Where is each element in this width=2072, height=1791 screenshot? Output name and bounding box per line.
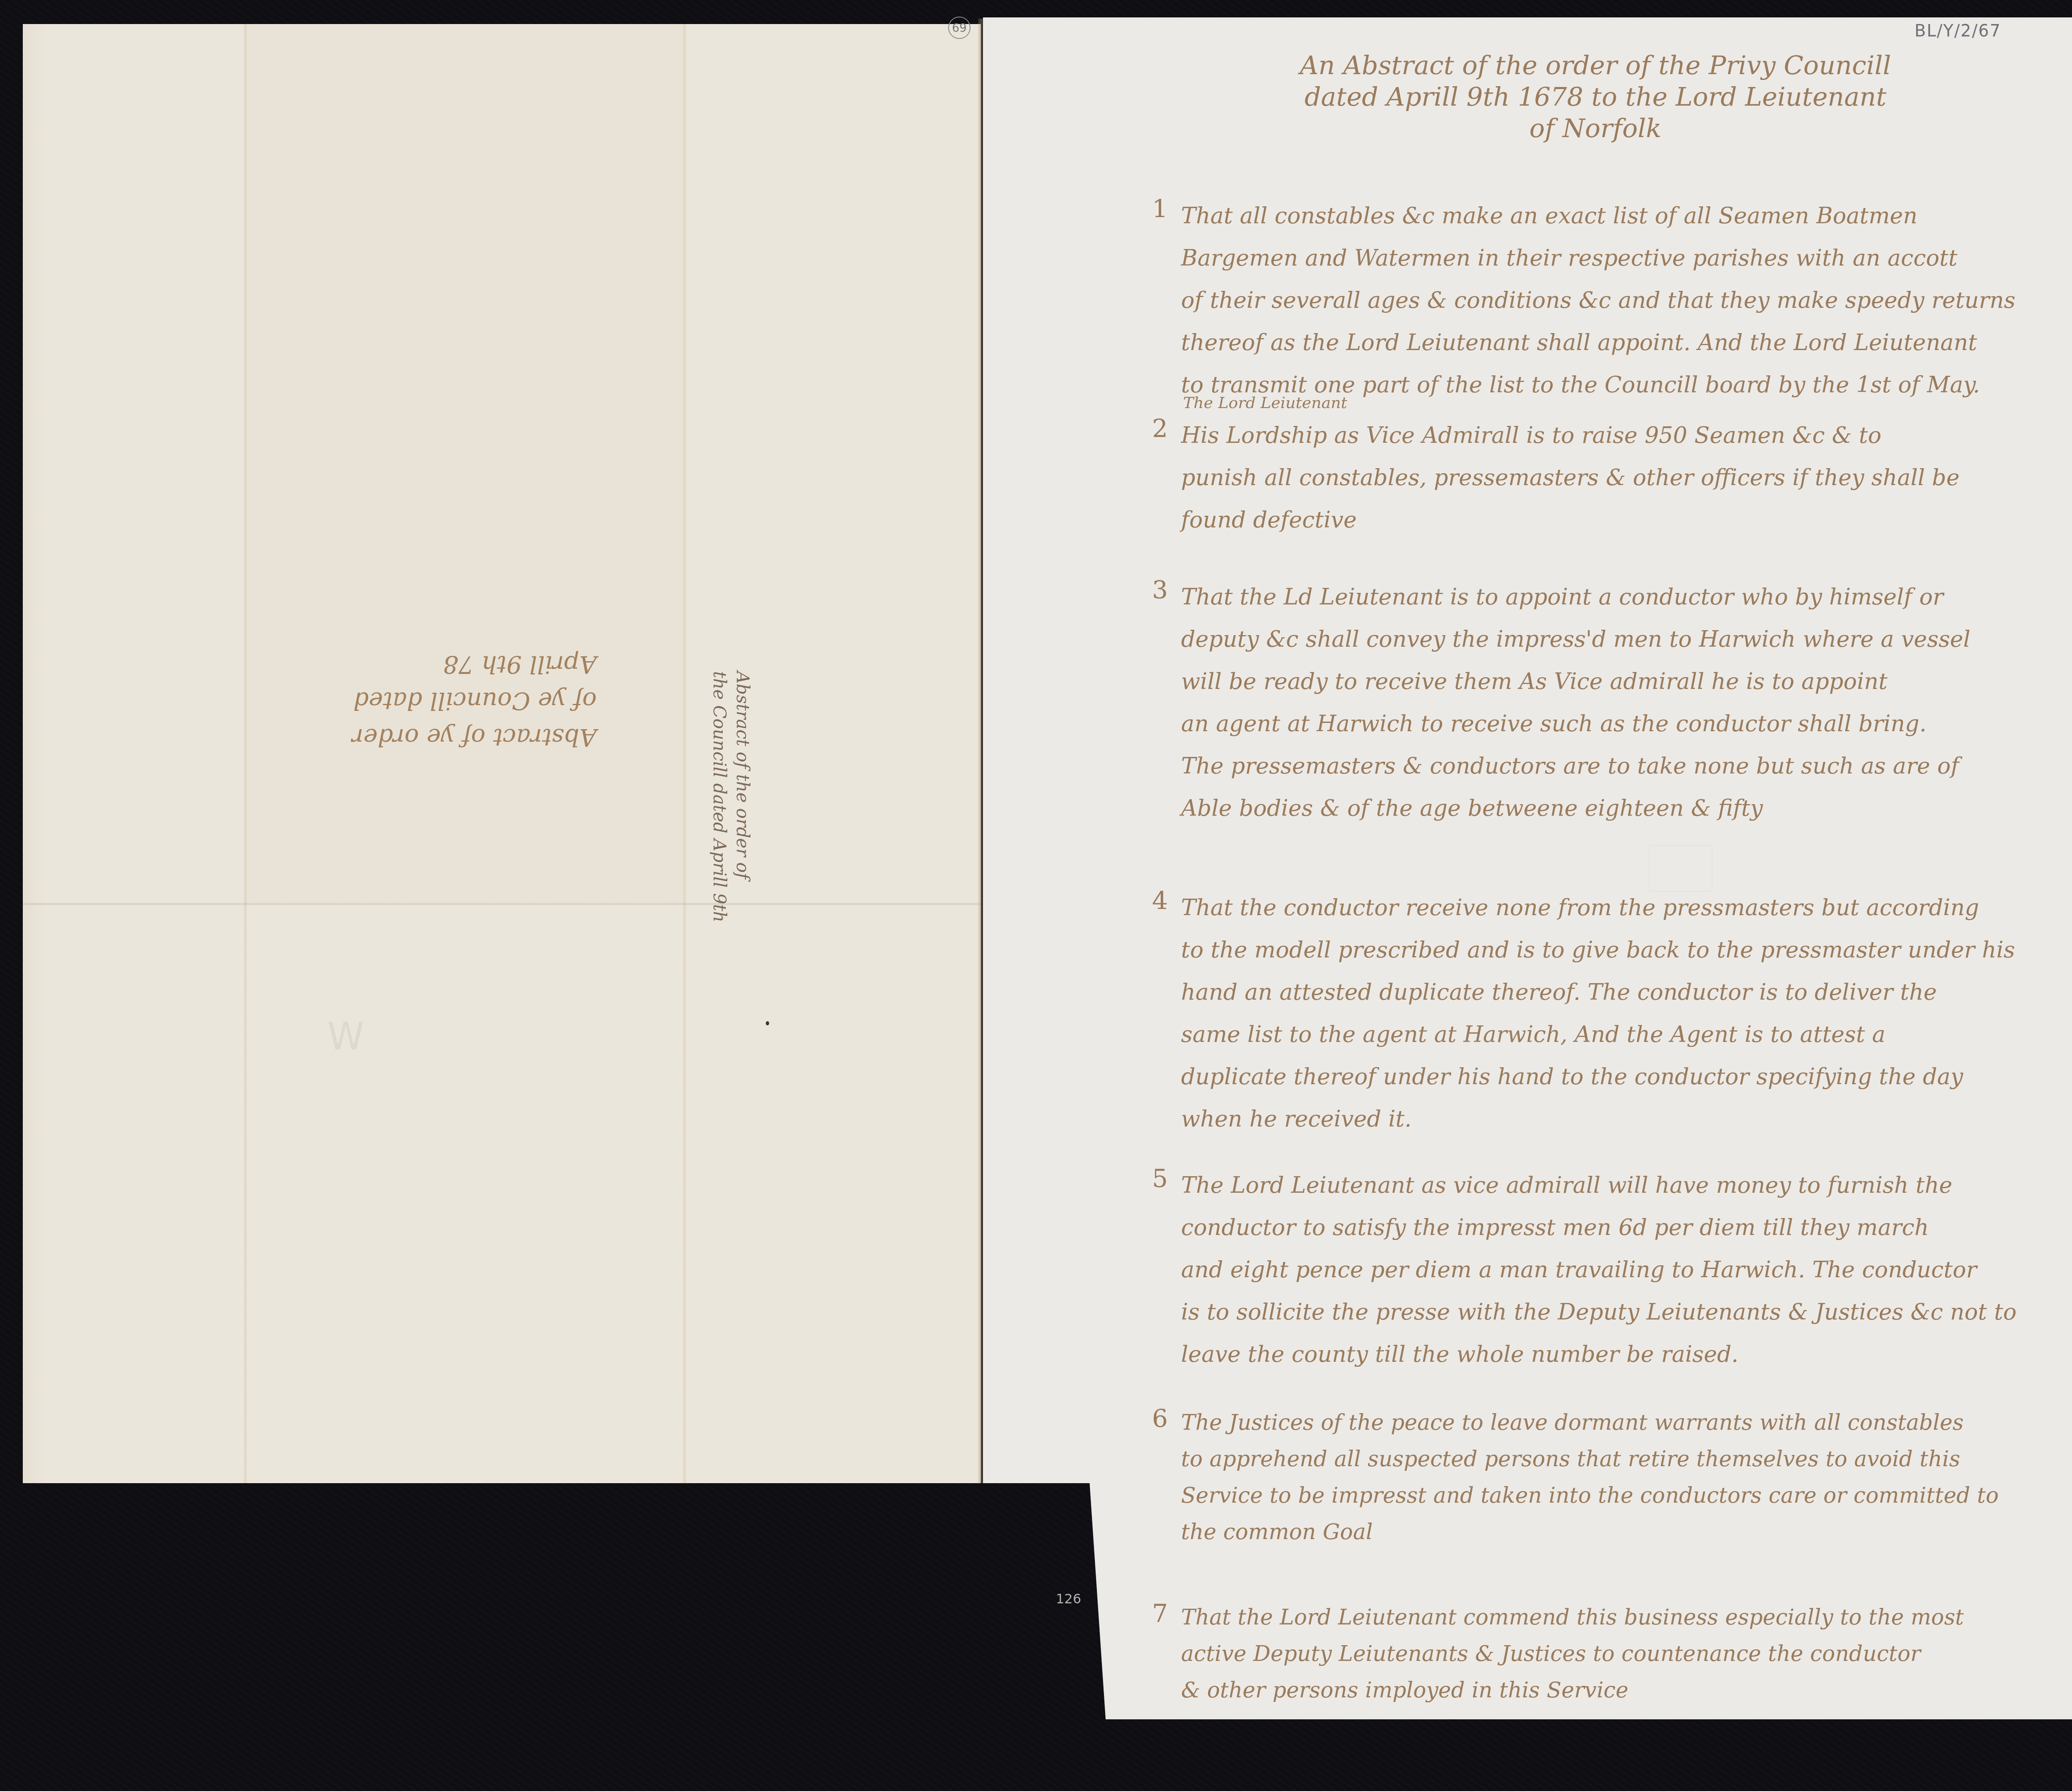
item-number: 5 <box>1152 1164 1168 1193</box>
text-line: active Deputy Leiutenants & Justices to … <box>1181 1636 2072 1672</box>
text-line: leave the county till the whole number b… <box>1181 1333 2072 1375</box>
text-line: That all constables &c make an exact lis… <box>1181 195 2072 237</box>
text-line: when he received it. <box>1181 1098 2072 1140</box>
text-line: to apprehend all suspected persons that … <box>1181 1441 2072 1477</box>
text-line: deputy &c shall convey the impress'd men… <box>1181 618 2072 660</box>
item-number: 4 <box>1152 887 1168 916</box>
text-line: Service to be impresst and taken into th… <box>1181 1477 2072 1514</box>
fold-line-vertical-1 <box>243 24 247 1483</box>
text-line: That the Lord Leiutenant commend this bu… <box>1181 1599 2072 1636</box>
endorsement-line: Aprill 9th 78 <box>274 646 597 683</box>
item-number: 3 <box>1152 576 1168 605</box>
endorsement-line: Abstract of ye order <box>274 719 597 756</box>
text-line: The pressemasters & conductors are to ta… <box>1181 745 2072 787</box>
text-line: Able bodies & of the age betweene eighte… <box>1181 787 2072 829</box>
endorsement-line: Abstract of the order of <box>731 671 754 922</box>
text-line: and eight pence per diem a man travailin… <box>1181 1249 2072 1291</box>
text-line: found defective <box>1181 499 2072 541</box>
text-line: The Justices of the peace to leave dorma… <box>1181 1404 2072 1441</box>
text-line: to the modell prescribed and is to give … <box>1181 929 2072 971</box>
pencil-folio-note: 126 <box>1056 1591 1081 1607</box>
text-line: Bargemen and Watermen in their respectiv… <box>1181 237 2072 279</box>
item-text: That the conductor receive none from the… <box>1181 887 2072 1140</box>
text-line: His Lordship as Vice Admirall is to rais… <box>1181 414 2072 457</box>
item-number: 6 <box>1152 1404 1168 1433</box>
faint-stamp-mark: W <box>327 1015 364 1059</box>
item-text: His Lordship as Vice Admirall is to rais… <box>1181 414 2072 541</box>
document-title: An Abstract of the order of the Privy Co… <box>1243 50 1948 144</box>
text-line: hand an attested duplicate thereof. The … <box>1181 971 2072 1013</box>
text-line: The Lord Leiutenant as vice admirall wil… <box>1181 1164 2072 1206</box>
archive-reference: BL/Y/2/67 <box>1915 22 2001 41</box>
item-text: That the Ld Leiutenant is to appoint a c… <box>1181 576 2072 829</box>
text-line: thereof as the Lord Leiutenant shall app… <box>1181 321 2072 364</box>
ink-speck <box>766 1021 769 1025</box>
item-text: That all constables &c make an exact lis… <box>1181 195 2072 406</box>
text-line: & other persons imployed in this Service <box>1181 1672 2072 1709</box>
text-line: the common Goal <box>1181 1514 2072 1550</box>
fold-line-horizontal <box>23 902 981 906</box>
text-line: conductor to satisfy the impresst men 6d… <box>1181 1206 2072 1249</box>
title-line: dated Aprill 9th 1678 to the Lord Leiute… <box>1243 81 1948 113</box>
text-line: is to sollicite the presse with the Depu… <box>1181 1291 2072 1333</box>
text-line: punish all constables, pressemasters & o… <box>1181 457 2072 499</box>
endorsement-line: of ye Councill dated <box>274 683 597 719</box>
title-line: An Abstract of the order of the Privy Co… <box>1243 50 1948 81</box>
fold-line-vertical-2 <box>683 24 687 1483</box>
item-number: 2 <box>1152 414 1168 443</box>
text-line: will be ready to receive them As Vice ad… <box>1181 660 2072 703</box>
endorsement-panel <box>244 24 684 903</box>
endorsement-line: the Councill dated Aprill 9th <box>708 671 731 922</box>
endorsement-upside-down: Abstract of ye order of ye Councill date… <box>274 646 597 756</box>
text-line: That the Ld Leiutenant is to appoint a c… <box>1181 576 2072 618</box>
text-line: same list to the agent at Harwich, And t… <box>1181 1013 2072 1056</box>
item-text: The Justices of the peace to leave dorma… <box>1181 1404 2072 1550</box>
title-line: of Norfolk <box>1243 113 1948 144</box>
folio-number: 69 <box>948 17 971 39</box>
text-line: an agent at Harwich to receive such as t… <box>1181 703 2072 745</box>
item-number: 7 <box>1152 1599 1168 1628</box>
text-line: duplicate thereof under his hand to the … <box>1181 1056 2072 1098</box>
item-text: That the Lord Leiutenant commend this bu… <box>1181 1599 2072 1709</box>
paper-watermark <box>1649 845 1712 892</box>
text-line: of their severall ages & conditions &c a… <box>1181 279 2072 321</box>
text-line: That the conductor receive none from the… <box>1181 887 2072 929</box>
item-text: The Lord Leiutenant as vice admirall wil… <box>1181 1164 2072 1375</box>
item-number: 1 <box>1152 195 1168 224</box>
interlinear-insertion: The Lord Leiutenant <box>1183 394 1347 412</box>
endorsement-vertical: Abstract of the order of the Councill da… <box>708 671 754 922</box>
